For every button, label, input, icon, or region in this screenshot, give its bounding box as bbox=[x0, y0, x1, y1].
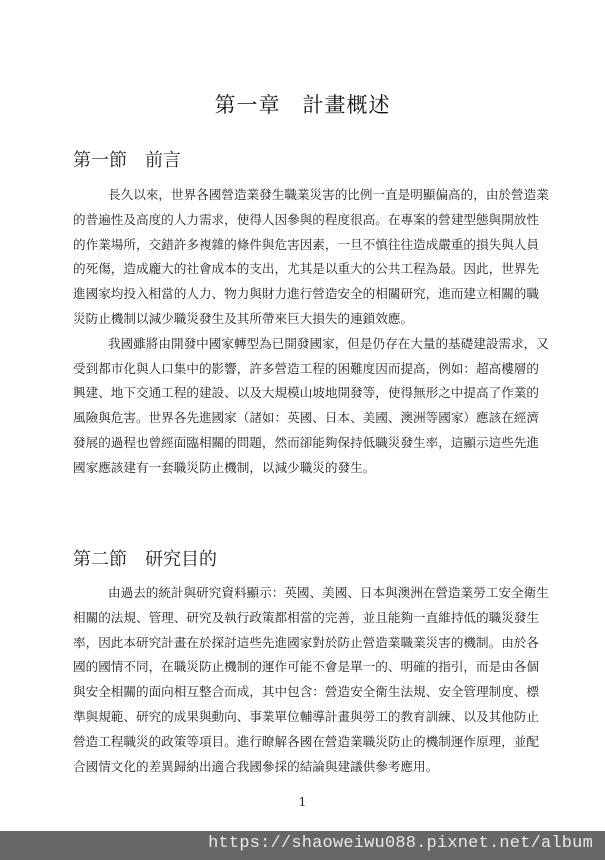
section-2-paragraph-1: 由過去的統計與研究資料顯示：英國、美國、日本與澳洲在營造業勞工安全衛生 相關的法… bbox=[73, 581, 532, 779]
section-heading-2: 第二節 研究目的 bbox=[73, 545, 217, 571]
text-line: 發展的過程也曾經面臨相關的問題，然而卻能夠保持低職災發生率，這顯示這些先進 bbox=[73, 431, 532, 456]
text-line: 合國情文化的差異歸納出適合我國參採的結論與建議供參考應用。 bbox=[73, 755, 532, 780]
chapter-title: 第一章 計畫概述 bbox=[0, 89, 605, 119]
text-line: 準與規範、研究的成果與動向、事業單位輔導計畫與勞工的教育訓練、以及其他防止 bbox=[73, 705, 532, 730]
text-line: 營造工程職災的政策等項目。進行瞭解各國在營造業職災防止的機制運作原理，並配 bbox=[73, 730, 532, 755]
text-line: 的死傷，造成龐大的社會成本的支出，尤其是以重大的公共工程為最。因此，世界先 bbox=[73, 257, 532, 282]
section-1-paragraph-2: 我國雖將由開發中國家轉型為已開發國家，但是仍存在大量的基礎建設需求，又 受到都市… bbox=[73, 332, 532, 481]
section-1-paragraph-1: 長久以來，世界各國營造業發生職業災害的比例一直是明顯偏高的，由於營造業 的普遍性… bbox=[73, 183, 532, 332]
text-line: 率，因此本研究計畫在於探討這些先進國家對於防止營造業職業災害的機制。由於各 bbox=[73, 631, 532, 656]
text-line: 由過去的統計與研究資料顯示：英國、美國、日本與澳洲在營造業勞工安全衛生 bbox=[73, 581, 532, 606]
text-line: 我國雖將由開發中國家轉型為已開發國家，但是仍存在大量的基礎建設需求，又 bbox=[73, 332, 532, 357]
text-line: 的普遍性及高度的人力需求，使得人因參與的程度很高。在專案的營建型態與開放性 bbox=[73, 208, 532, 233]
text-line: 與安全相關的面向相互整合而成，其中包含：營造安全衛生法規、安全管理制度、標 bbox=[73, 680, 532, 705]
text-line: 風險與危害。世界各先進國家（諸如：英國、日本、美國、澳洲等國家）應該在經濟 bbox=[73, 406, 532, 431]
text-line: 興建、地下交通工程的建設、以及大規模山坡地開發等，使得無形之中提高了作業的 bbox=[73, 381, 532, 406]
text-line: 國家應該建有一套職災防止機制，以減少職災的發生。 bbox=[73, 456, 532, 481]
page-number: 1 bbox=[0, 795, 605, 809]
watermark-bar: https://shaoweiwu088.pixnet.net/album bbox=[0, 831, 605, 860]
document-page: 第一章 計畫概述 第一節 前言 長久以來，世界各國營造業發生職業災害的比例一直是… bbox=[0, 0, 605, 831]
text-line: 國的國情不同，在職災防止機制的運作可能不會是單一的、明確的指引，而是由各個 bbox=[73, 655, 532, 680]
text-line: 長久以來，世界各國營造業發生職業災害的比例一直是明顯偏高的，由於營造業 bbox=[73, 183, 532, 208]
text-line: 相關的法規、管理、研究及執行政策都相當的完善，並且能夠一直維持低的職災發生 bbox=[73, 606, 532, 631]
text-line: 進國家均投入相當的人力、物力與財力進行營造安全的相關研究，進而建立相關的職 bbox=[73, 282, 532, 307]
text-line: 災防止機制以減少職災發生及其所帶來巨大損失的連鎖效應。 bbox=[73, 307, 532, 332]
watermark-url: https://shaoweiwu088.pixnet.net/album bbox=[208, 834, 593, 853]
text-line: 的作業場所，交錯許多複雜的條件與危害因素，一旦不慎往往造成嚴重的損失與人員 bbox=[73, 233, 532, 258]
text-line: 受到都市化與人口集中的影響，許多營造工程的困難度因而提高，例如：超高樓層的 bbox=[73, 357, 532, 382]
section-heading-1: 第一節 前言 bbox=[73, 146, 181, 172]
